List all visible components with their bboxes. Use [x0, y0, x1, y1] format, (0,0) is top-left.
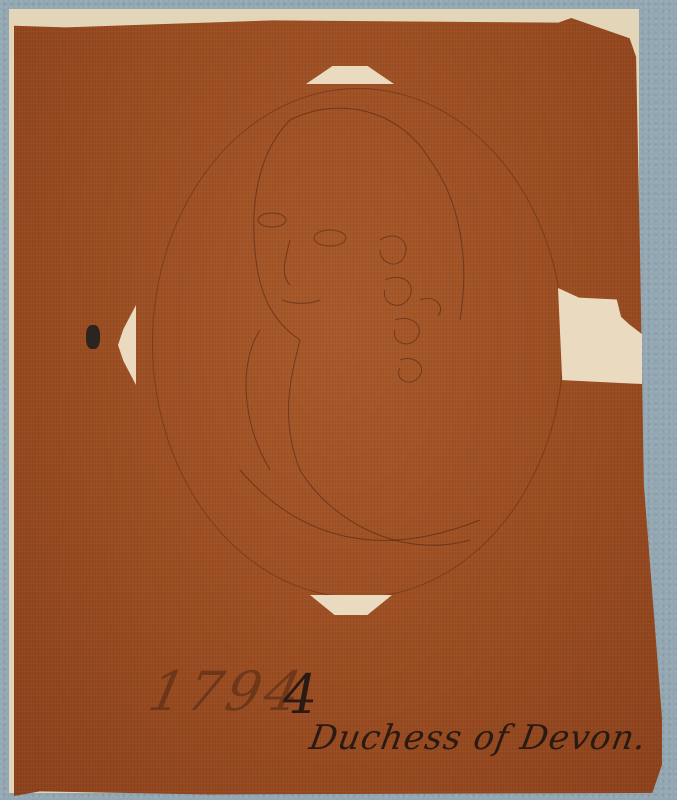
pin-hole [86, 325, 100, 349]
inscription-year-overwrite: 4 [283, 663, 317, 726]
inscription-name: Duchess of Devon. [306, 718, 650, 758]
portrait-sketch [0, 0, 677, 800]
